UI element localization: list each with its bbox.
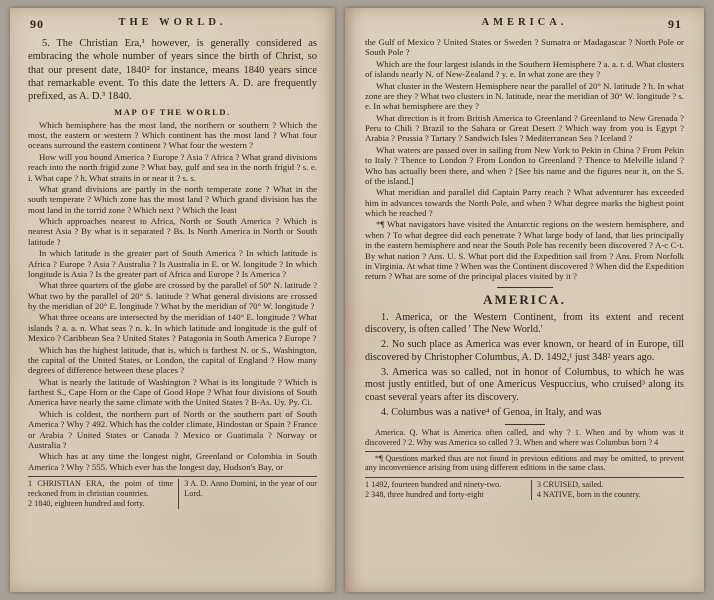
- footnote-item: 3 A. D. Anno Domini, in the year of our …: [184, 479, 317, 499]
- numbered-paragraph: 2. No such place as America was ever kno…: [365, 339, 684, 365]
- page-number-right: 91: [668, 17, 682, 32]
- question-paragraph: What three quarters of the globe are cro…: [28, 280, 317, 311]
- running-title-right: AMERICA.: [365, 17, 684, 28]
- page-number-left: 90: [30, 17, 44, 32]
- numbered-paragraph: 4. Columbus was a native⁴ of Genoa, in I…: [365, 407, 684, 420]
- running-title-left: THE WORLD.: [28, 17, 317, 28]
- question-paragraph: Which is coldest, the northern part of N…: [28, 409, 317, 451]
- right-page-header: AMERICA. 91: [365, 17, 684, 32]
- question-paragraph: the Gulf of Mexico ? United States or Sw…: [365, 37, 684, 58]
- question-paragraph: What three oceans are intersected by the…: [28, 312, 317, 343]
- left-page-header: 90 THE WORLD.: [28, 17, 317, 32]
- numbered-paragraph: 1. America, or the Western Continent, fr…: [365, 312, 684, 338]
- question-paragraph: Which hemisphere has the most land, the …: [28, 120, 317, 151]
- footnote-block-left-page: 1 CHRISTIAN ERA, the point of time recko…: [28, 476, 317, 509]
- book-scan: { "colors": { "backdrop": "#a7a096", "pa…: [0, 0, 714, 600]
- edition-note: *¶ Questions marked thus are not found i…: [365, 454, 684, 474]
- review-divider-rule: [505, 424, 545, 425]
- question-paragraph: What waters are passed over in sailing f…: [365, 145, 684, 187]
- left-page: 90 THE WORLD. 5. The Christian Era,¹ how…: [10, 8, 335, 592]
- right-page: AMERICA. 91 the Gulf of Mexico ? United …: [345, 8, 704, 592]
- footnote-item: 3 CRUISED, sailed.: [537, 480, 684, 490]
- question-paragraph: *¶ What navigators have visited the Anta…: [365, 219, 684, 281]
- footnote-block-right-page: 1 1492, fourteen hundred and ninety-two.…: [365, 477, 684, 500]
- edition-note-block: *¶ Questions marked thus are not found i…: [365, 451, 684, 474]
- footnote-column: 3 A. D. Anno Domini, in the year of our …: [178, 479, 317, 509]
- question-paragraph: What direction is it from British Americ…: [365, 113, 684, 144]
- question-paragraph: What meridian and parallel did Captain P…: [365, 187, 684, 218]
- section-heading-map-of-the-world: MAP OF THE WORLD.: [28, 107, 317, 117]
- question-paragraph: What cluster in the Western Hemisphere n…: [365, 81, 684, 112]
- intro-paragraph: 5. The Christian Era,¹ however, is gener…: [28, 37, 317, 104]
- footnote-item: 4 NATIVE, born in the country.: [537, 490, 684, 500]
- question-paragraph: Which are the four largest islands in th…: [365, 59, 684, 80]
- chapter-divider-rule: [497, 287, 553, 288]
- footnote-column: 1 1492, fourteen hundred and ninety-two.…: [365, 480, 531, 500]
- footnote-item: 2 1840, eighteen hundred and forty.: [28, 499, 173, 509]
- numbered-paragraph: 3. America was so called, not in honor o…: [365, 367, 684, 405]
- question-paragraph: Which has at any time the longest night,…: [28, 451, 317, 472]
- question-paragraph: In which latitude is the greater part of…: [28, 248, 317, 279]
- footnote-item: 2 348, three hundred and forty-eight: [365, 490, 526, 500]
- review-questions: America. Q. What is America often called…: [365, 428, 684, 448]
- question-paragraph: What grand divisions are partly in the n…: [28, 184, 317, 215]
- footnote-item: 1 1492, fourteen hundred and ninety-two.: [365, 480, 526, 490]
- chapter-heading-america: AMERICA.: [365, 292, 684, 308]
- question-paragraph: Which has the highest latitude, that is,…: [28, 345, 317, 376]
- footnote-column: 1 CHRISTIAN ERA, the point of time recko…: [28, 479, 178, 509]
- footnote-column: 3 CRUISED, sailed. 4 NATIVE, born in the…: [531, 480, 684, 500]
- footnote-item: 1 CHRISTIAN ERA, the point of time recko…: [28, 479, 173, 499]
- question-paragraph: How will you bound America ? Europe ? As…: [28, 152, 317, 183]
- question-paragraph: What is nearly the latitude of Washingto…: [28, 377, 317, 408]
- question-paragraph: Which approaches nearest to Africa, Nort…: [28, 216, 317, 247]
